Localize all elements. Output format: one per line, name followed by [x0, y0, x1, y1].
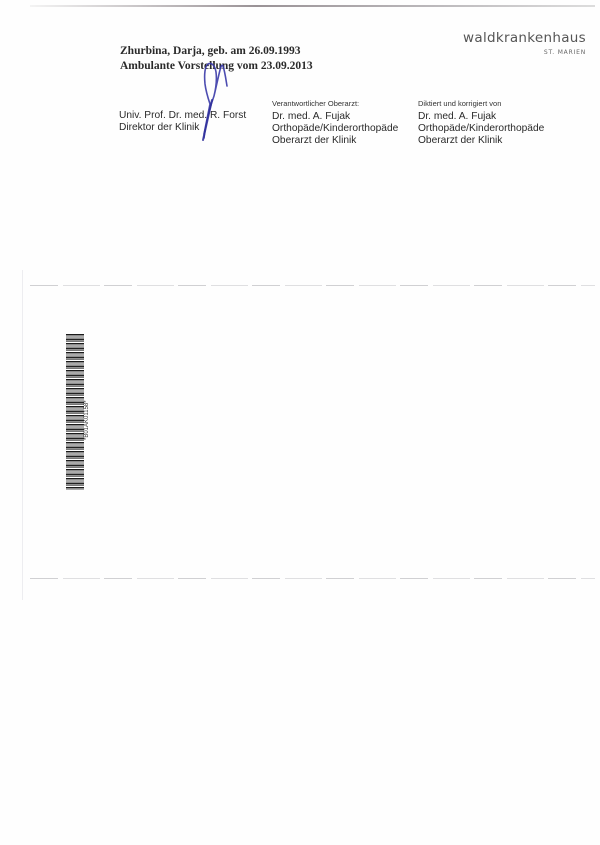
logo-name: waldkrankenhaus — [462, 30, 586, 46]
hospital-logo: waldkrankenhaus ST. MARIEN — [462, 30, 586, 56]
director-name: Univ. Prof. Dr. med. R. Forst — [119, 110, 246, 122]
fold-line — [30, 578, 595, 579]
patient-header: Zhurbina, Darja, geb. am 26.09.1993 Ambu… — [120, 44, 313, 74]
scan-left-edge — [22, 270, 23, 600]
patient-line: Zhurbina, Darja, geb. am 26.09.1993 — [120, 44, 313, 59]
signature-director: Univ. Prof. Dr. med. R. Forst Direktor d… — [119, 110, 246, 134]
responsible-title: Oberarzt der Klinik — [272, 135, 398, 147]
dictated-specialty: Orthopäde/Kinderorthopäde — [418, 123, 544, 135]
dictated-name: Dr. med. A. Fujak — [418, 111, 544, 123]
dictated-title: Oberarzt der Klinik — [418, 135, 544, 147]
responsible-label: Verantwortlicher Oberarzt: — [272, 99, 398, 109]
responsible-name: Dr. med. A. Fujak — [272, 111, 398, 123]
logo-subtitle: ST. MARIEN — [462, 49, 586, 56]
barcode-code: *B01AK01158* — [83, 388, 91, 440]
signature-responsible: Verantwortlicher Oberarzt: Dr. med. A. F… — [272, 99, 398, 147]
fold-line — [30, 285, 595, 286]
visit-line: Ambulante Vorstellung vom 23.09.2013 — [120, 59, 313, 74]
dictated-label: Diktiert und korrigiert von — [418, 99, 544, 109]
barcode — [66, 334, 84, 490]
responsible-specialty: Orthopäde/Kinderorthopäde — [272, 123, 398, 135]
scan-top-edge — [30, 5, 595, 7]
document-page: Zhurbina, Darja, geb. am 26.09.1993 Ambu… — [0, 0, 600, 845]
signature-dictated: Diktiert und korrigiert von Dr. med. A. … — [418, 99, 544, 147]
director-title: Direktor der Klinik — [119, 122, 246, 134]
